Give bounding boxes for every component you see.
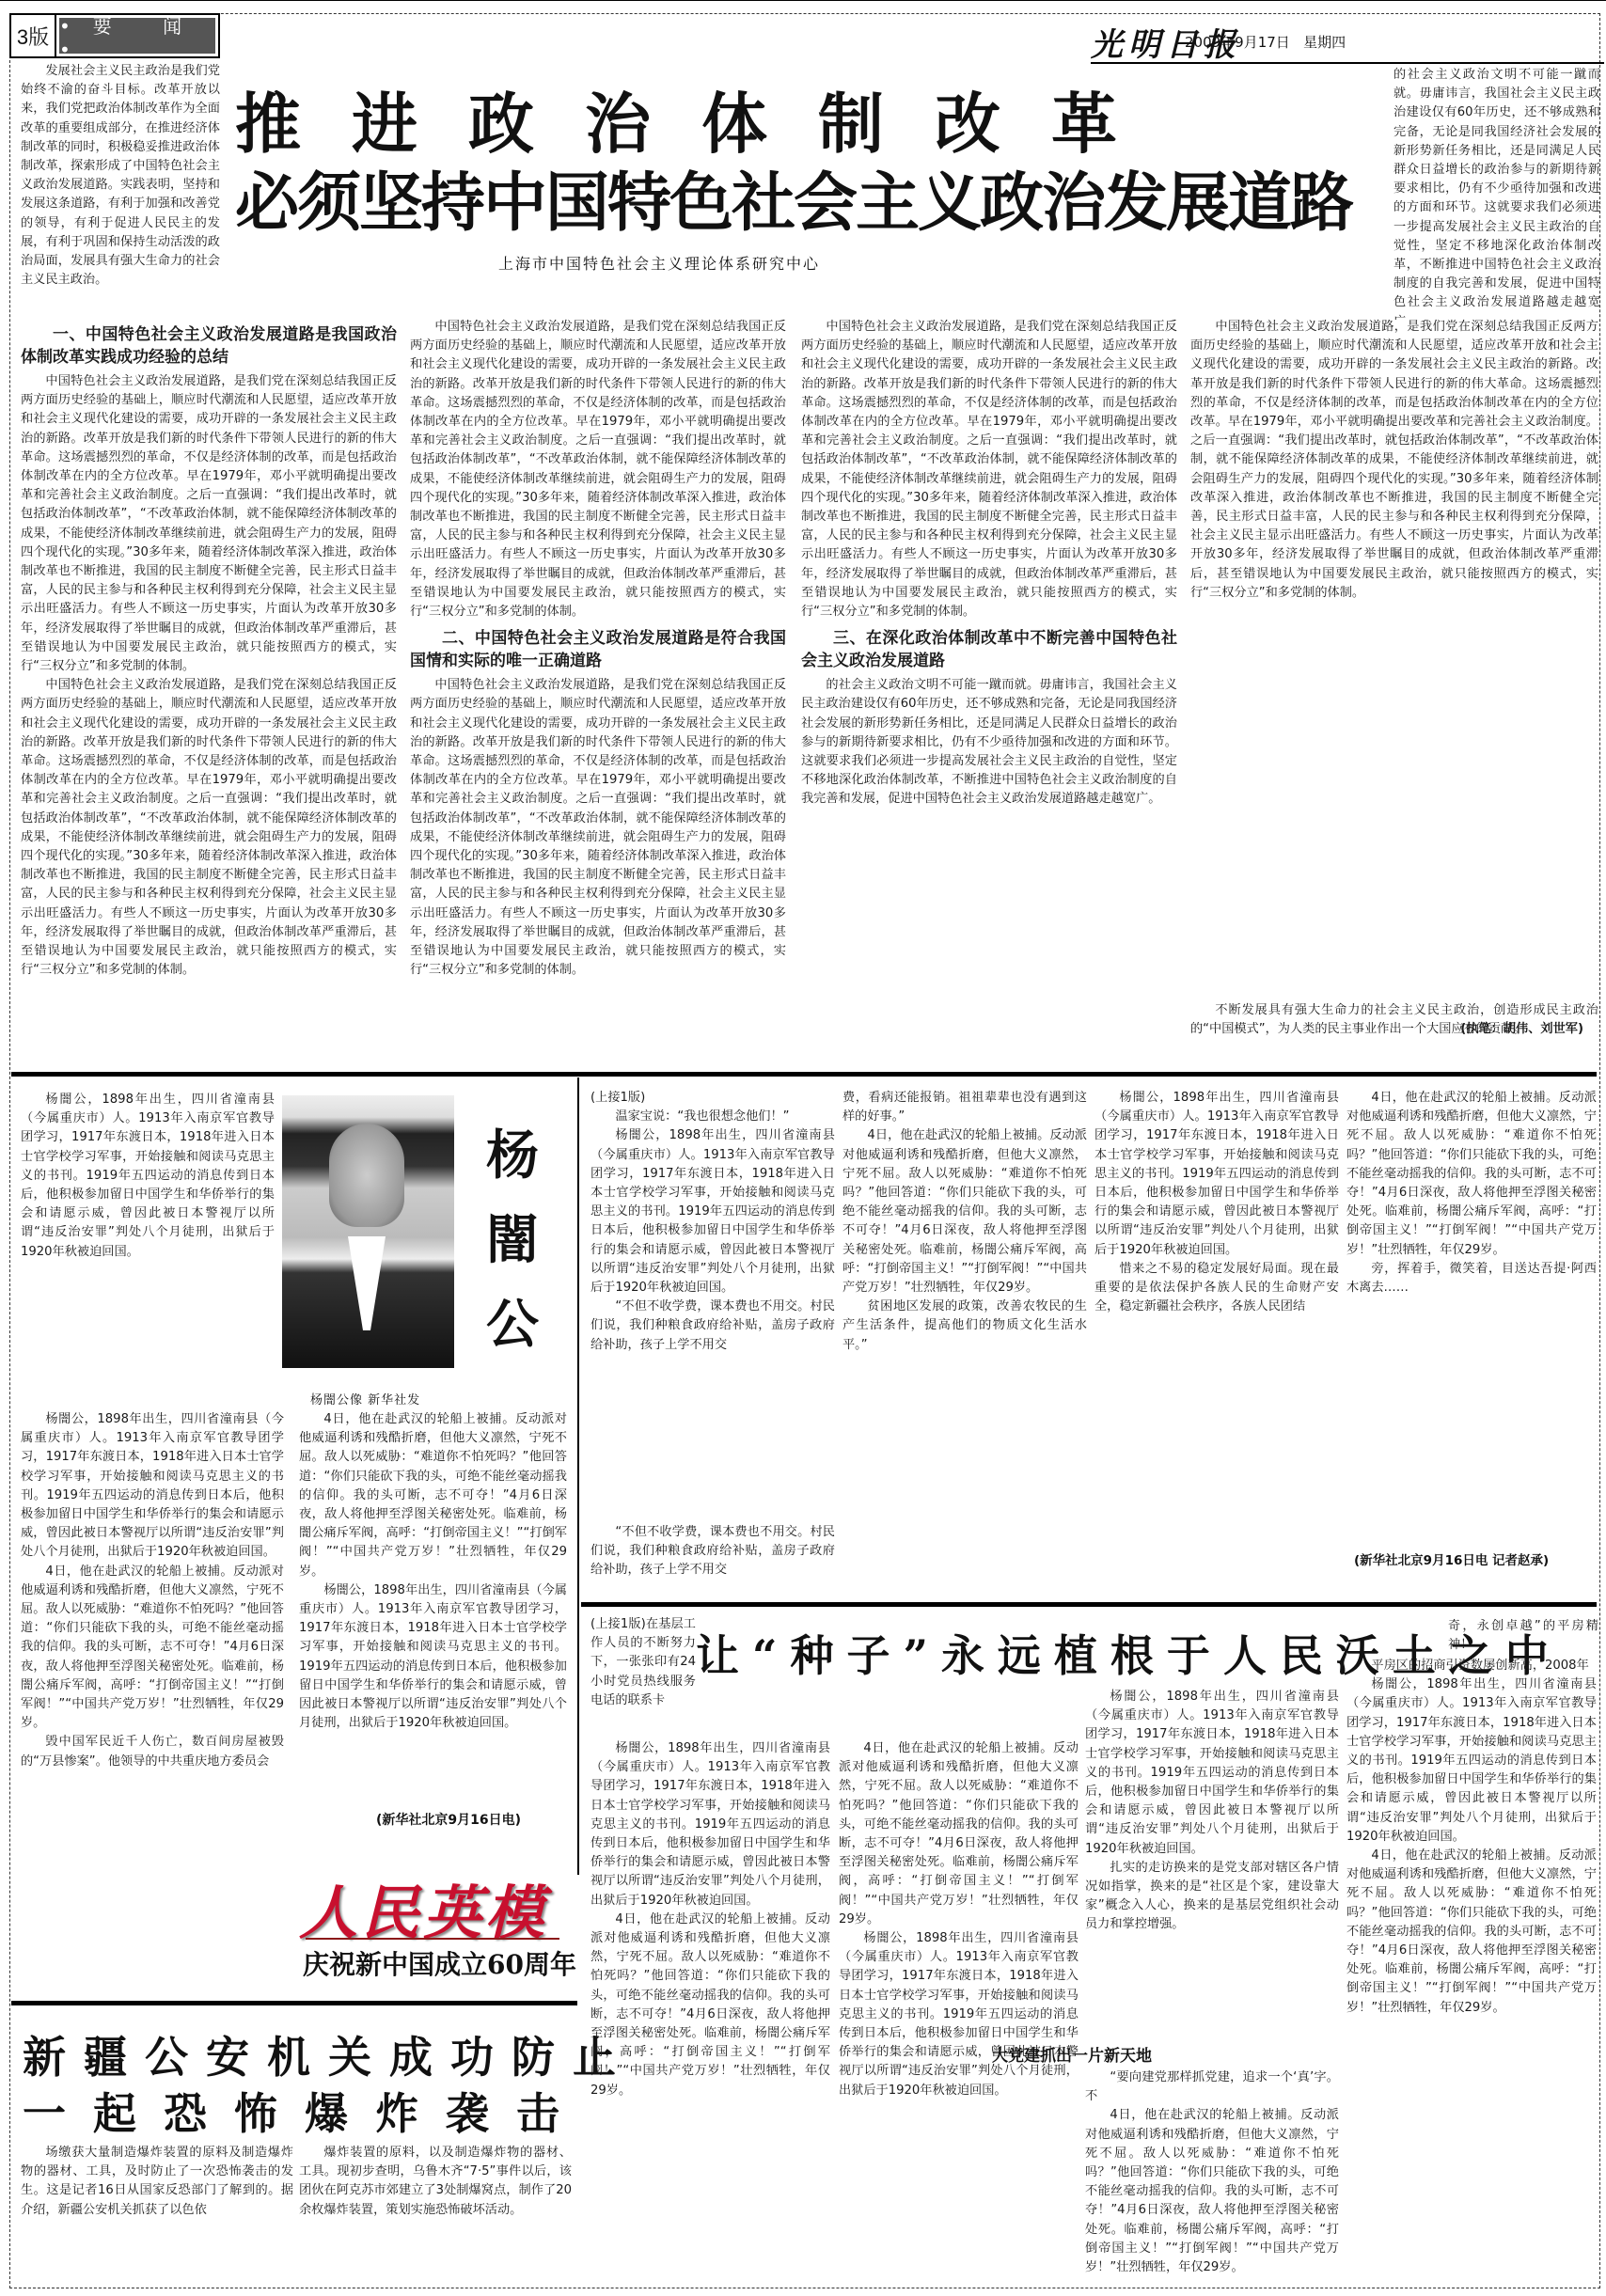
name-char-1: 杨	[484, 1114, 541, 1199]
hero-body-col2: 4日，他在赴武汉的轮船上被捕。反动派对他威逼利诱和残酷折磨，但他大义凛然，宁死不…	[299, 1410, 567, 1581]
series-subtitle: 庆祝新中国成立60周年	[303, 1944, 576, 1982]
section-3-body-col4: 中国特色社会主义政治发展道路，是我们党在深刻总结我国正反两方面历史经验的基础上，…	[1190, 318, 1598, 603]
hero-portrait-photo	[282, 1095, 454, 1368]
xinjiang-column-2: 爆炸装置的原料，以及制造爆炸物的器材、工具。现初步查明，乌鲁木齐“7·5”事件以…	[299, 2144, 572, 2285]
seed-continued: (上接1版)在基层工作人员的不断努力下，一张张印有24小时党员热线服务电话的联系…	[590, 1617, 696, 1707]
hero-right-rule	[577, 1077, 579, 1875]
seed-column-2: 4日，他在赴武汉的轮船上被捕。反动派对他威逼利诱和残酷折磨，但他大义凛然，宁死不…	[839, 1739, 1079, 2285]
hero-name-vertical: 杨 闇 公	[484, 1114, 541, 1368]
wen-col2-top: 费，看病还能报销。祖祖辈辈也没有遇到这样的好事。”	[842, 1089, 1087, 1126]
wen-column-3: 杨闇公，1898年出生，四川省潼南县（今属重庆市）人。1913年入南京军官教导团…	[1094, 1089, 1339, 1596]
seed-column-4: 平房区的招商引资数屡创新高，2008年 杨闇公，1898年出生，四川省潼南县（今…	[1346, 1657, 1597, 2285]
seed-subhead: 大党建抓出一片新天地	[992, 2042, 1152, 2066]
portrait-collar	[348, 1236, 386, 1330]
name-char-2: 闇	[484, 1199, 541, 1283]
wen-continued: (上接1版)	[590, 1089, 835, 1108]
hero-body-col2b: 杨闇公，1898年出生，四川省潼南县（今属重庆市）人。1913年入南京军官教导团…	[299, 1581, 567, 1734]
xinjiang-column-1: 场缴获大量制造爆炸装置的原料及制造爆炸物的器材、工具，及时防止了一次恐怖袭击的发…	[21, 2144, 293, 2285]
seed-column-3: 杨闇公，1898年出生，四川省潼南县（今属重庆市）人。1913年入南京军官教导团…	[1085, 1688, 1339, 1960]
portrait-face	[329, 1124, 404, 1227]
section-1-body-cont: 中国特色社会主义政治发展道路，是我们党在深刻总结我国正反两方面历史经验的基础上，…	[21, 676, 397, 980]
masthead-rule	[1091, 62, 1604, 64]
lead-closing: 不断发展具有强大生命力的社会主义民主政治，创造形成民主政治的“中国模式”，为人类…	[1190, 1001, 1598, 1063]
lead-intro-column: 发展社会主义民主政治是我们党始终不渝的奋斗目标。改革开放以来，我们党把政治体制改…	[21, 62, 220, 308]
photo-caption: 杨闇公像 新华社发	[310, 1390, 420, 1407]
issue-date: 2009年9月17日 星期四	[1185, 32, 1346, 52]
lead-column-4: 中国特色社会主义政治发展道路，是我们党在深刻总结我国正反两方面历史经验的基础上，…	[1190, 318, 1598, 1004]
seed-right-top: 奇，永创卓越”的平房精神！	[1448, 1617, 1598, 1655]
seed-body-1: 杨闇公，1898年出生，四川省潼南县（今属重庆市）人。1913年入南京军官教导团…	[590, 1739, 830, 1911]
seed-body-3: 杨闇公，1898年出生，四川省潼南县（今属重庆市）人。1913年入南京军官教导团…	[1085, 1688, 1339, 1859]
wen-col2-end: 贫困地区发展的政策，改善农牧民的生产生活条件，提高他们的物质文化生活水平。”	[842, 1297, 1087, 1355]
hero-body-column-2: 4日，他在赴武汉的轮船上被捕。反动派对他威逼利诱和残酷折磨，但他大义凛然，宁死不…	[299, 1410, 567, 1824]
date: 2009年9月17日	[1185, 34, 1290, 51]
lead-top-right-text: 的社会主义政治文明不可能一蹴而就。毋庸讳言，我国社会主义民主政治建设仅有60年历…	[1393, 68, 1600, 320]
series-logo-rule	[306, 1938, 559, 1940]
xinjiang-body-1: 场缴获大量制造爆炸装置的原料及制造爆炸物的器材、工具，及时防止了一次恐怖袭击的发…	[21, 2144, 293, 2220]
seed-continued-column: (上接1版)在基层工作人员的不断努力下，一张张印有24小时党员热线服务电话的联系…	[590, 1615, 696, 1738]
section-1-body: 中国特色社会主义政治发展道路，是我们党在深刻总结我国正反两方面历史经验的基础上，…	[21, 372, 397, 676]
hero-body-tail: 毁中国军民近千人伤亡，数百间房屋被毁的“万县惨案”。他领导的中共重庆地方委员会	[21, 1733, 284, 1770]
hero-body-column-1: 杨闇公，1898年出生，四川省潼南县（今属重庆市）人。1913年入南京军官教导团…	[21, 1410, 284, 1984]
section-3-title: 三、在深化政治体制改革中不断完善中国特色社会主义政治发展道路	[801, 627, 1177, 672]
wen-column-4: 4日，他在赴武汉的轮船上被捕。反动派对他威逼利诱和残酷折磨，但他大义凛然，宁死不…	[1346, 1089, 1597, 1540]
lead-headline-1: 推进政治体制改革	[235, 86, 1100, 162]
name-char-3: 公	[484, 1283, 541, 1368]
seed-subhead-body: “要向建党那样抓党建，追求一个‘真’字。不	[1085, 2068, 1339, 2106]
hero-body: 杨闇公，1898年出生，四川省潼南县（今属重庆市）人。1913年入南京军官教导团…	[21, 1091, 275, 1262]
wen-body-1b: “不但不收学费，课本费也不用交。村民们说，我们种粮食政府给补贴，盖房子政府给补助…	[590, 1297, 835, 1355]
hero-dateline: (新华社北京9月16日电)	[376, 1810, 521, 1829]
section-2-title: 二、中国特色社会主义政治发展道路是符合我国国情和实际的唯一正确道路	[410, 627, 786, 672]
section-2-body: 中国特色社会主义政治发展道路，是我们党在深刻总结我国正反两方面历史经验的基础上，…	[410, 676, 786, 980]
section-label: •要 闻•	[59, 18, 215, 54]
hero-body-column-top: 杨闇公，1898年出生，四川省潼南县（今属重庆市）人。1913年入南京军官教导团…	[21, 1091, 275, 1382]
seed-body-1b: 4日，他在赴武汉的轮船上被捕。反动派对他威逼利诱和残酷折磨，但他大义凛然，宁死不…	[590, 1911, 830, 2100]
section-1-title: 一、中国特色社会主义政治发展道路是我国政治体制改革实践成功经验的总结	[21, 323, 397, 369]
lead-byline: 上海市中国特色社会主义理论体系研究中心	[498, 252, 820, 274]
lead-intro: 发展社会主义民主政治是我们党始终不渝的奋斗目标。改革开放以来，我们党把政治体制改…	[21, 62, 220, 290]
seed-column-1: 杨闇公，1898年出生，四川省潼南县（今属重庆市）人。1913年入南京军官教导团…	[590, 1739, 830, 2285]
wen-body-4: 4日，他在赴武汉的轮船上被捕。反动派对他威逼利诱和残酷折磨，但他大义凛然，宁死不…	[1346, 1089, 1597, 1260]
lead-column-2: 中国特色社会主义政治发展道路，是我们党在深刻总结我国正反两方面历史经验的基础上，…	[410, 318, 786, 1061]
section-divider-1	[11, 1072, 1597, 1077]
wen-column-1-end: “不但不收学费，课本费也不用交。村民们说，我们种粮食政府给补贴，盖房子政府给补助…	[590, 1523, 835, 1598]
xinjiang-body-2: 爆炸装置的原料，以及制造爆炸物的器材、工具。现初步查明，乌鲁木齐“7·5”事件以…	[299, 2144, 572, 2220]
seed-body-2b: 杨闇公，1898年出生，四川省潼南县（今属重庆市）人。1913年入南京军官教导团…	[839, 1929, 1079, 2100]
top-border	[0, 0, 1606, 1]
wen-col3-end: 惜来之不易的稳定发展好局面。现在最重要的是依法保护各族人民的生命财产安全，稳定新…	[1094, 1260, 1339, 1317]
hero-body-2: 杨闇公，1898年出生，四川省潼南县（今属重庆市）人。1913年入南京军官教导团…	[21, 1410, 284, 1563]
seed-right-top-text: 奇，永创卓越”的平房精神！	[1448, 1619, 1598, 1652]
seed-body-2: 4日，他在赴武汉的轮船上被捕。反动派对他威逼利诱和残酷折磨，但他大义凛然，宁死不…	[839, 1739, 1079, 1929]
page-masthead: 3版 •要 闻•	[9, 13, 220, 58]
wen-quote-end: “不但不收学费，课本费也不用交。村民们说，我们种粮食政府给补贴，盖房子政府给补助…	[590, 1523, 835, 1580]
wen-body-3: 杨闇公，1898年出生，四川省潼南县（今属重庆市）人。1913年入南京军官教导团…	[1094, 1089, 1339, 1260]
hero-body-3: 4日，他在赴武汉的轮船上被捕。反动派对他威逼利诱和残酷折磨，但他大义凛然，宁死不…	[21, 1563, 284, 1734]
section-2-body-col3: 中国特色社会主义政治发展道路，是我们党在深刻总结我国正反两方面历史经验的基础上，…	[801, 318, 1177, 621]
seed-right-para: 平房区的招商引资数屡创新高，2008年	[1346, 1657, 1597, 1675]
wen-column-1: (上接1版) 温家宝说：“我也很想念他们！” 杨闇公，1898年出生，四川省潼南…	[590, 1089, 835, 1521]
seed-body-4b: 4日，他在赴武汉的轮船上被捕。反动派对他威逼利诱和残酷折磨，但他大义凛然，宁死不…	[1346, 1847, 1597, 2018]
weekday: 星期四	[1303, 34, 1346, 51]
wen-col4-end: 旁，挥着手，微笑着，目送达吾提·阿西木离去……	[1346, 1260, 1597, 1297]
section-3-body: 的社会主义政治文明不可能一蹴而就。毋庸讳言，我国社会主义民主政治建设仅有60年历…	[801, 676, 1177, 809]
page-number: 3版	[11, 15, 56, 56]
seed-body-3b: 4日，他在赴武汉的轮船上被捕。反动派对他威逼利诱和残酷折磨，但他大义凛然，宁死不…	[1085, 2106, 1339, 2277]
seed-body-4: 杨闇公，1898年出生，四川省潼南县（今属重庆市）人。1913年入南京军官教导团…	[1346, 1675, 1597, 1847]
section-1-body-col2: 中国特色社会主义政治发展道路，是我们党在深刻总结我国正反两方面历史经验的基础上，…	[410, 318, 786, 621]
seed-column-3b: “要向建党那样抓党建，追求一个‘真’字。不 4日，他在赴武汉的轮船上被捕。反动派…	[1085, 2068, 1339, 2285]
section-divider-xj	[11, 2001, 577, 2005]
wen-opening: 温家宝说：“我也很想念他们！”	[590, 1108, 835, 1126]
wen-body-2: 4日，他在赴武汉的轮船上被捕。反动派对他威逼利诱和残酷折磨，但他大义凛然，宁死不…	[842, 1126, 1087, 1297]
xinjiang-headline-2: 一起恐怖爆炸袭击	[23, 2080, 587, 2142]
lead-column-3: 中国特色社会主义政治发展道路，是我们党在深刻总结我国正反两方面历史经验的基础上，…	[801, 318, 1177, 1061]
xinjiang-headline-1: 新疆公安机关成功防止	[23, 2023, 634, 2085]
lead-column-1: 一、中国特色社会主义政治发展道路是我国政治体制改革实践成功经验的总结 中国特色社…	[21, 318, 397, 1061]
seed-mid-text: 扎实的走访换来的是党支部对辖区各户情况如指掌，换来的是“社区是个家，建设靠大家”…	[1085, 1859, 1339, 1935]
wen-dateline: (新华社北京9月16日电 记者赵承)	[1354, 1549, 1549, 1568]
wen-column-2: 费，看病还能报销。祖祖辈辈也没有遇到这样的好事。” 4日，他在赴武汉的轮船上被捕…	[842, 1089, 1087, 1596]
wen-body-1: 杨闇公，1898年出生，四川省潼南县（今属重庆市）人。1913年入南京军官教导团…	[590, 1126, 835, 1297]
lead-top-right-column: 的社会主义政治文明不可能一蹴而就。毋庸讳言，我国社会主义民主政治建设仅有60年历…	[1187, 66, 1600, 320]
lead-headline-2: 必须坚持中国特色社会主义政治发展道路	[235, 165, 1175, 241]
section-divider-2	[581, 1602, 1597, 1607]
